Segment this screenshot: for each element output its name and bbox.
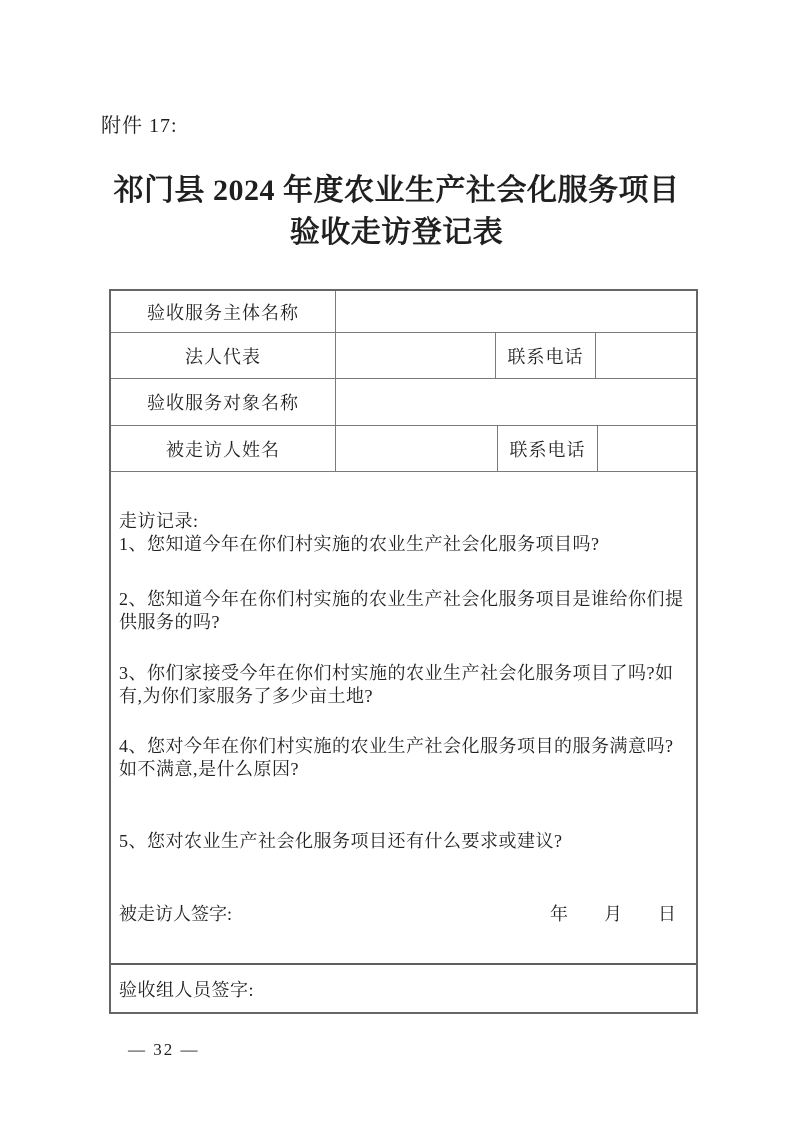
title-line-2: 验收走访登记表 bbox=[0, 212, 793, 254]
input-service-target-name[interactable] bbox=[336, 379, 696, 425]
input-interviewee-name[interactable] bbox=[336, 426, 498, 471]
question-4: 4、您对今年在你们村实施的农业生产社会化服务项目的服务满意吗? 如不满意,是什么… bbox=[119, 735, 684, 781]
label-legal-representative: 法人代表 bbox=[111, 333, 336, 378]
input-service-provider-name[interactable] bbox=[336, 291, 696, 332]
label-contact-phone-2: 联系电话 bbox=[498, 426, 598, 471]
row-legal-representative: 法人代表 联系电话 bbox=[111, 333, 696, 379]
interviewee-signature-label: 被走访人签字: bbox=[119, 903, 232, 926]
registration-form-table: 验收服务主体名称 法人代表 联系电话 验收服务对象名称 被走访人姓名 联系电话 … bbox=[109, 289, 698, 1014]
question-5: 5、您对农业生产社会化服务项目还有什么要求或建议? bbox=[119, 830, 684, 853]
attachment-label: 附件 17: bbox=[101, 109, 178, 138]
row-service-target-name: 验收服务对象名称 bbox=[111, 379, 696, 426]
visit-record-section[interactable]: 走访记录: 1、您知道今年在你们村实施的农业生产社会化服务项目吗? 2、您知道今… bbox=[111, 472, 696, 963]
label-contact-phone-1: 联系电话 bbox=[496, 333, 596, 378]
document-title: 祁门县 2024 年度农业生产社会化服务项目 验收走访登记表 bbox=[0, 170, 793, 254]
inspector-signature-row[interactable]: 验收组人员签字: bbox=[111, 963, 696, 1012]
question-2: 2、您知道今年在你们村实施的农业生产社会化服务项目是谁给你们提 供服务的吗? bbox=[119, 588, 684, 634]
label-interviewee-name: 被走访人姓名 bbox=[111, 426, 336, 471]
row-interviewee-name: 被走访人姓名 联系电话 bbox=[111, 426, 696, 472]
title-line-1: 祁门县 2024 年度农业生产社会化服务项目 bbox=[0, 170, 793, 212]
row-service-provider-name: 验收服务主体名称 bbox=[111, 291, 696, 333]
question-3: 3、你们家接受今年在你们村实施的农业生产社会化服务项目了吗?如 有,为你们家服务… bbox=[119, 662, 684, 708]
page-number: — 32 — bbox=[128, 1040, 200, 1060]
visit-record-heading: 走访记录: bbox=[119, 510, 684, 533]
label-service-provider-name: 验收服务主体名称 bbox=[111, 291, 336, 332]
label-service-target-name: 验收服务对象名称 bbox=[111, 379, 336, 425]
document-page: 附件 17: 祁门县 2024 年度农业生产社会化服务项目 验收走访登记表 验收… bbox=[0, 0, 793, 1122]
input-contact-phone-1[interactable] bbox=[596, 333, 696, 378]
input-contact-phone-2[interactable] bbox=[598, 426, 696, 471]
question-1: 1、您知道今年在你们村实施的农业生产社会化服务项目吗? bbox=[119, 533, 684, 556]
interviewee-signature-row: 被走访人签字: 年 月 日 bbox=[119, 903, 684, 926]
inspector-signature-label: 验收组人员签字: bbox=[119, 976, 254, 1002]
date-year-month-day: 年 月 日 bbox=[550, 903, 676, 926]
input-legal-representative[interactable] bbox=[336, 333, 496, 378]
